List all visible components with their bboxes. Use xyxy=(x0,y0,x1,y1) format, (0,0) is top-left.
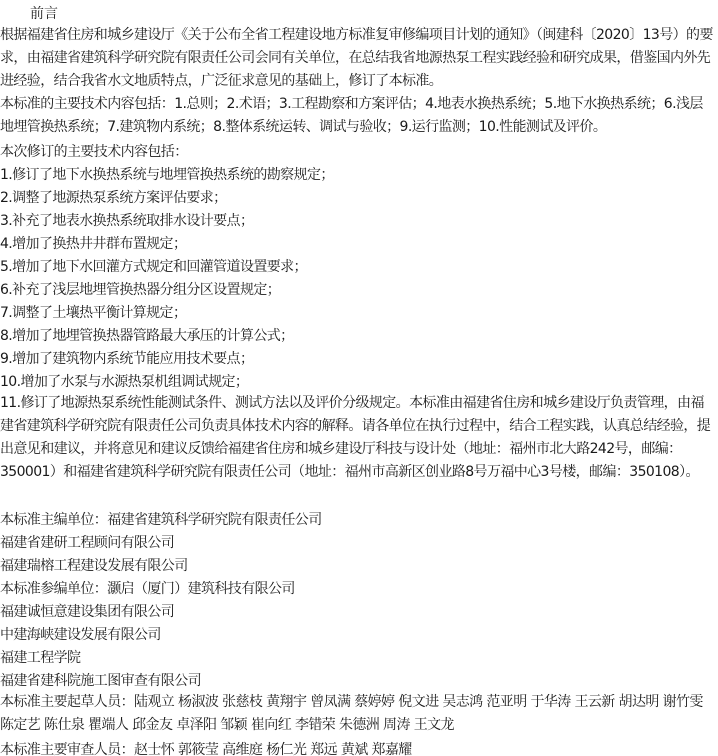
revision-title: 本次修订的主要技术内容包括： xyxy=(0,142,718,162)
document-heading: 前言 xyxy=(30,4,58,24)
revision-item: 6.补充了浅层地埋管换热器分组分区设置规定； xyxy=(0,280,718,300)
revision-item: 9.增加了建筑物内系统节能应用技术要点； xyxy=(0,349,718,369)
intro-paragraph: 根据福建省住房和城乡建设厅《关于公布全省工程建设地方标准复审修编项目计划的通知》… xyxy=(0,24,716,93)
revision-item-11-paragraph: 11.修订了地源热泵系统性能测试条件、测试方法以及评价分级规定。本标准由福建省住… xyxy=(0,392,716,484)
reviewers-line: 本标准主要审查人员：赵士怀 郭筱莹 高维庭 杨仁光 郑远 黄斌 郑嘉耀 xyxy=(0,740,718,756)
revision-item: 3.补充了地表水换热系统取排水设计要点； xyxy=(0,211,718,231)
participating-unit: 福建工程学院 xyxy=(0,648,718,668)
participating-unit: 福建诚恒意建设集团有限公司 xyxy=(0,602,718,622)
revision-item: 4.增加了换热井井群布置规定； xyxy=(0,234,718,254)
revision-item: 7.调整了土壤热平衡计算规定； xyxy=(0,303,718,323)
revision-item: 1.修订了地下水换热系统与地埋管换热系统的勘察规定； xyxy=(0,165,718,185)
drafters-paragraph: 本标准主要起草人员：陆观立 杨淑波 张慈枝 黄翔宇 曾凤满 蔡婷婷 倪文进 吴志… xyxy=(0,691,716,737)
revision-item: 5.增加了地下水回灌方式规定和回灌管道设置要求； xyxy=(0,257,718,277)
co-editor-unit: 福建省建研工程顾问有限公司 xyxy=(0,533,718,553)
revision-item: 8.增加了地埋管换热器管路最大承压的计算公式； xyxy=(0,326,718,346)
co-editor-unit: 福建瑞榕工程建设发展有限公司 xyxy=(0,556,718,576)
participating-unit: 福建省建科院施工图审查有限公司 xyxy=(0,671,718,691)
main-content-paragraph: 本标准的主要技术内容包括：1.总则；2.术语；3.工程勘察和方案评估；4.地表水… xyxy=(0,93,716,139)
participating-unit-title: 本标准参编单位：灏启（厦门）建筑科技有限公司 xyxy=(0,579,718,599)
participating-unit: 中建海峡建设发展有限公司 xyxy=(0,625,718,645)
revision-item: 2.调整了地源热泵系统方案评估要求； xyxy=(0,188,718,208)
chief-editor-unit: 本标准主编单位：福建省建筑科学研究院有限责任公司 xyxy=(0,510,718,530)
revision-item: 10.增加了水泵与水源热泵机组调试规定； xyxy=(0,372,718,392)
